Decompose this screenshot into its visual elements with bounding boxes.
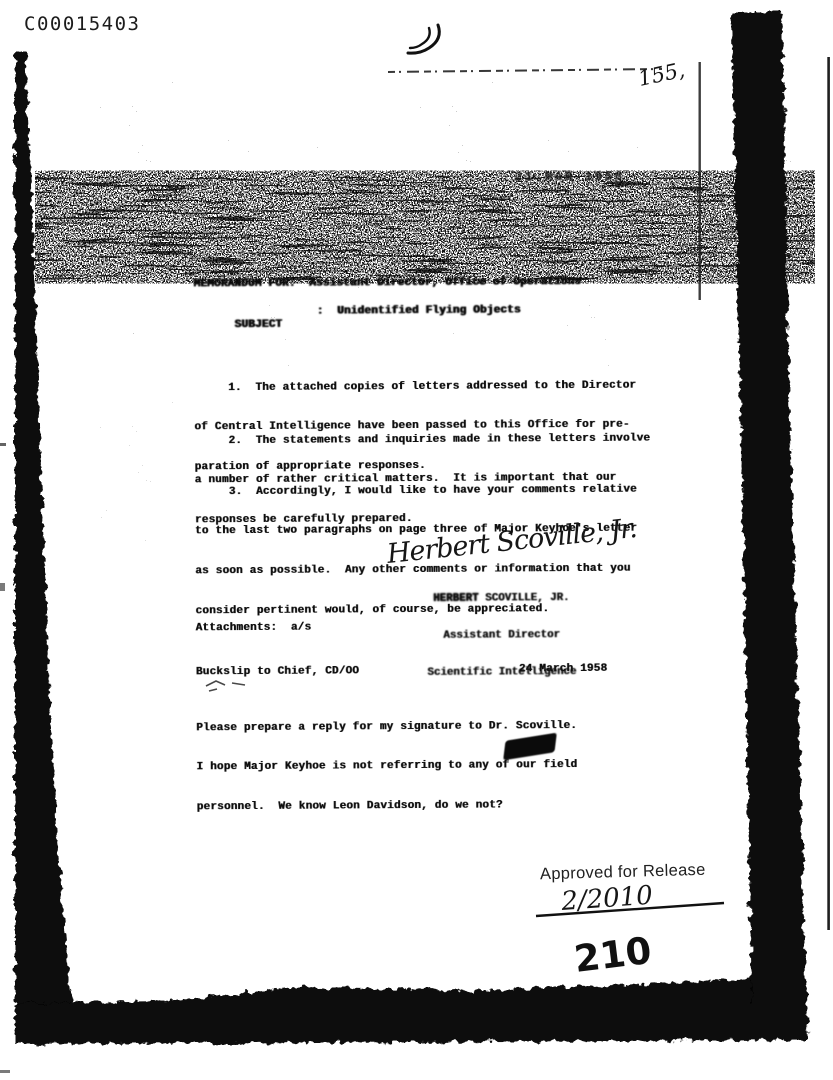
- paragraph-line: 3. Accordingly, I would like to have you…: [195, 483, 637, 499]
- paragraph-line: 2. The statements and inquiries made in …: [194, 432, 650, 448]
- buckslip-date: 24 March 1958: [519, 663, 608, 677]
- received-date-stamp: 21 MAR 1958: [515, 170, 625, 185]
- signer-last-name: SCOVILLE, JR.: [479, 592, 570, 605]
- note-line: personnel. We know Leon Davidson, do we …: [197, 799, 578, 815]
- subject-line: SUBJECT : Unidentified Flying Objects: [194, 306, 283, 360]
- note-line: Please prepare a reply for my signature …: [196, 720, 577, 736]
- memorandum-for-line: MEMORANDUM FOR: Assistant Director, Offi…: [193, 276, 581, 292]
- subject-label: SUBJECT: [234, 319, 282, 331]
- buckslip-note: Please prepare a reply for my signature …: [196, 693, 578, 842]
- subject-value: : Unidentified Flying Objects: [317, 304, 521, 319]
- signer-first-name: HERBERT: [433, 592, 478, 604]
- signer-title: Assistant Director: [425, 629, 579, 642]
- attachments-line: Attachments: a/s: [195, 622, 311, 636]
- scanned-memo-page: 155, Herbert Scoville, Jr. 2/2010 210 C0…: [0, 0, 833, 1080]
- note-line: I hope Major Keyhoe is not referring to …: [196, 760, 577, 776]
- buckslip-line: Buckslip to Chief, CD/OO: [196, 665, 359, 679]
- signer-name: HERBERT SCOVILLE, JR.: [424, 592, 578, 605]
- signature-block: HERBERT SCOVILLE, JR. Assistant Director…: [424, 567, 579, 704]
- typed-content-layer: 21 MAR 1958 MEMORANDUM FOR: Assistant Di…: [0, 0, 833, 1080]
- paragraph-line: to the last two paragraphs on page three…: [195, 523, 637, 539]
- paragraph-line: 1. The attached copies of letters addres…: [194, 379, 636, 395]
